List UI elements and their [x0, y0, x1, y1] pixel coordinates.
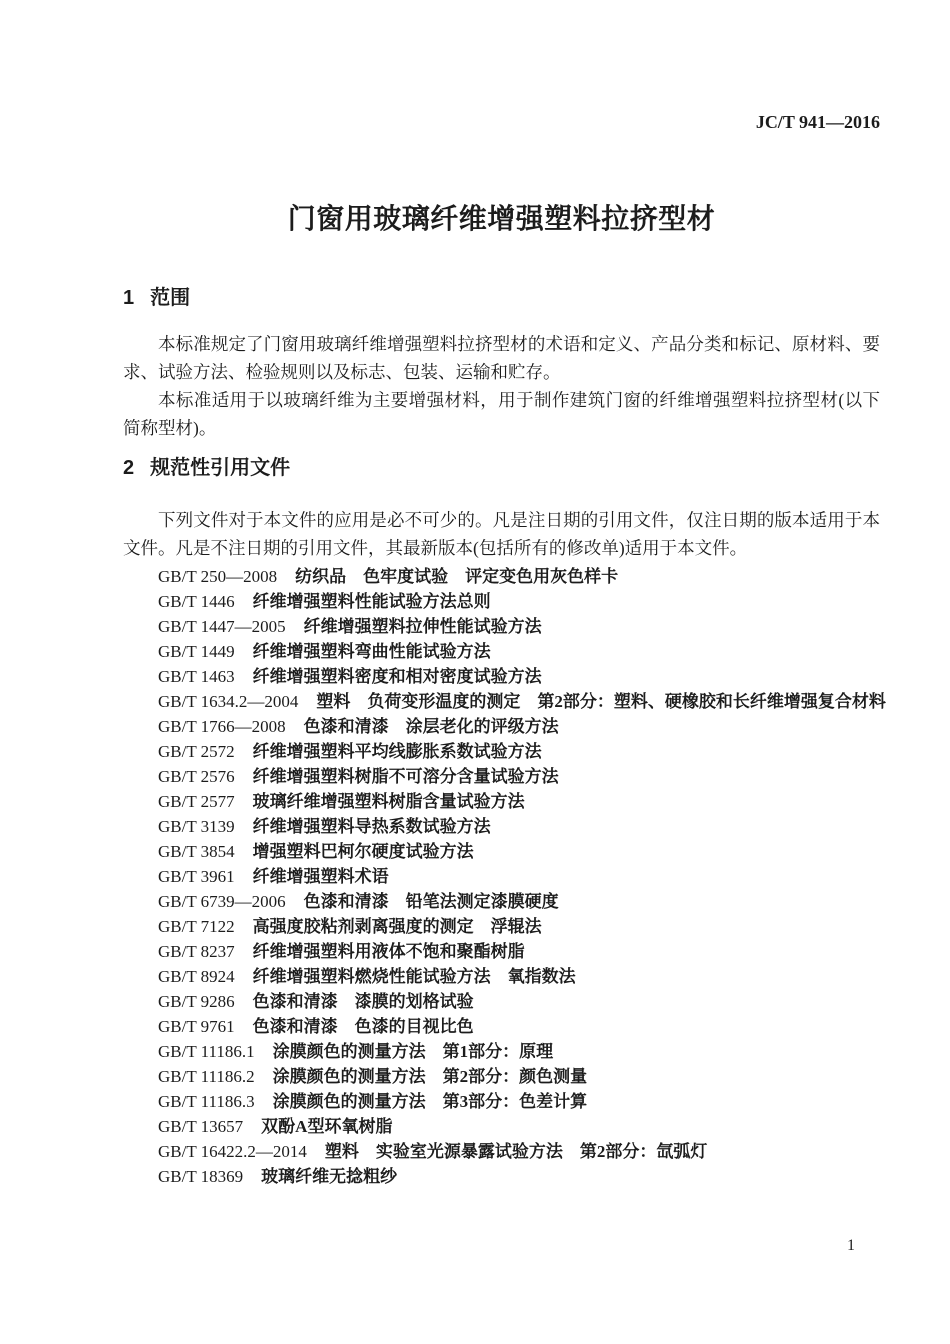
- page-number: 1: [847, 1236, 855, 1256]
- reference-standard-title: 纤维增强塑料燃烧性能试验方法 氧指数法: [253, 967, 576, 986]
- reference-item: GB/T 7122高强度胶粘剂剥离强度的测定 浮辊法: [123, 914, 880, 939]
- reference-standard-code: GB/T 2576: [158, 767, 235, 786]
- reference-item: GB/T 3961纤维增强塑料术语: [123, 864, 880, 889]
- scope-paragraph-2: 本标准适用于以玻璃纤维为主要增强材料，用于制作建筑门窗的纤维增强塑料拉挤型材(以…: [123, 386, 880, 442]
- reference-item: GB/T 2576纤维增强塑料树脂不可溶分含量试验方法: [123, 764, 880, 789]
- reference-standard-title: 纤维增强塑料树脂不可溶分含量试验方法: [253, 767, 559, 786]
- reference-item: GB/T 11186.3涂膜颜色的测量方法 第3部分：色差计算: [123, 1089, 880, 1114]
- reference-standard-title: 纤维增强塑料用液体不饱和聚酯树脂: [253, 942, 525, 961]
- section-1-body: 本标准规定了门窗用玻璃纤维增强塑料拉挤型材的术语和定义、产品分类和标记、原材料、…: [123, 330, 880, 442]
- section-1-number: 1: [123, 286, 134, 310]
- reference-standard-title: 塑料 实验室光源暴露试验方法 第2部分：氙弧灯: [325, 1142, 708, 1161]
- reference-standard-code: GB/T 3854: [158, 842, 235, 861]
- reference-item: GB/T 11186.2涂膜颜色的测量方法 第2部分：颜色测量: [123, 1064, 880, 1089]
- reference-standard-title: 纤维增强塑料导热系数试验方法: [253, 817, 491, 836]
- reference-standard-code: GB/T 7122: [158, 917, 235, 936]
- reference-standard-code: GB/T 6739—2006: [158, 892, 286, 911]
- reference-item: GB/T 2572纤维增强塑料平均线膨胀系数试验方法: [123, 739, 880, 764]
- reference-standard-code: GB/T 250—2008: [158, 567, 277, 586]
- reference-standard-code: GB/T 13657: [158, 1117, 243, 1136]
- reference-standard-title: 涂膜颜色的测量方法 第2部分：颜色测量: [273, 1067, 588, 1086]
- section-2-label: 规范性引用文件: [150, 457, 290, 479]
- reference-item: GB/T 9761色漆和清漆 色漆的目视比色: [123, 1014, 880, 1039]
- reference-standard-title: 色漆和清漆 漆膜的划格试验: [253, 992, 474, 1011]
- reference-item: GB/T 1463纤维增强塑料密度和相对密度试验方法: [123, 664, 880, 689]
- reference-standard-code: GB/T 1766—2008: [158, 717, 286, 736]
- reference-item: GB/T 1449纤维增强塑料弯曲性能试验方法: [123, 639, 880, 664]
- reference-standard-code: GB/T 11186.1: [158, 1042, 255, 1061]
- references-intro-paragraph: 下列文件对于本文件的应用是必不可少的。凡是注日期的引用文件，仅注日期的版本适用于…: [123, 506, 880, 562]
- reference-item: GB/T 8924纤维增强塑料燃烧性能试验方法 氧指数法: [123, 964, 880, 989]
- reference-item: GB/T 1446纤维增强塑料性能试验方法总则: [123, 589, 880, 614]
- reference-standard-title: 纤维增强塑料性能试验方法总则: [253, 592, 491, 611]
- reference-standard-title: 纤维增强塑料拉伸性能试验方法: [304, 617, 542, 636]
- reference-standard-code: GB/T 1449: [158, 642, 235, 661]
- section-2-heading: 2规范性引用文件: [123, 456, 880, 480]
- reference-standard-code: GB/T 9286: [158, 992, 235, 1011]
- reference-item: GB/T 1447—2005纤维增强塑料拉伸性能试验方法: [123, 614, 880, 639]
- reference-standard-title: 涂膜颜色的测量方法 第3部分：色差计算: [273, 1092, 588, 1111]
- reference-standard-title: 纤维增强塑料密度和相对密度试验方法: [253, 667, 542, 686]
- reference-standard-code: GB/T 2577: [158, 792, 235, 811]
- reference-item: GB/T 2577玻璃纤维增强塑料树脂含量试验方法: [123, 789, 880, 814]
- reference-standard-title: 色漆和清漆 涂层老化的评级方法: [304, 717, 559, 736]
- section-1-label: 范围: [150, 287, 190, 309]
- reference-standard-code: GB/T 8924: [158, 967, 235, 986]
- reference-standard-title: 纺织品 色牢度试验 评定变色用灰色样卡: [295, 567, 618, 586]
- reference-item: GB/T 13657双酚A型环氧树脂: [123, 1114, 880, 1139]
- reference-item: GB/T 250—2008纺织品 色牢度试验 评定变色用灰色样卡: [123, 564, 880, 589]
- reference-standard-code: GB/T 18369: [158, 1167, 243, 1186]
- page-content: JC/T 941—2016 门窗用玻璃纤维增强塑料拉挤型材 1范围 本标准规定了…: [0, 0, 950, 1189]
- reference-item: GB/T 6739—2006色漆和清漆 铅笔法测定漆膜硬度: [123, 889, 880, 914]
- reference-standard-code: GB/T 8237: [158, 942, 235, 961]
- reference-standard-code: GB/T 3961: [158, 867, 235, 886]
- reference-standard-code: GB/T 9761: [158, 1017, 235, 1036]
- section-1-heading: 1范围: [123, 286, 880, 310]
- reference-standard-title: 玻璃纤维无捻粗纱: [261, 1167, 397, 1186]
- reference-standard-title: 纤维增强塑料平均线膨胀系数试验方法: [253, 742, 542, 761]
- references-list: GB/T 250—2008纺织品 色牢度试验 评定变色用灰色样卡 GB/T 14…: [123, 564, 880, 1189]
- document-title: 门窗用玻璃纤维增强塑料拉挤型材: [123, 202, 880, 236]
- reference-item: GB/T 9286色漆和清漆 漆膜的划格试验: [123, 989, 880, 1014]
- reference-standard-title: 纤维增强塑料弯曲性能试验方法: [253, 642, 491, 661]
- reference-standard-code: GB/T 1446: [158, 592, 235, 611]
- section-2-number: 2: [123, 456, 134, 480]
- reference-standard-title: 塑料 负荷变形温度的测定 第2部分：塑料、硬橡胶和长纤维增强复合材料: [316, 692, 886, 711]
- reference-standard-title: 纤维增强塑料术语: [253, 867, 389, 886]
- reference-standard-code: GB/T 11186.2: [158, 1067, 255, 1086]
- reference-standard-title: 玻璃纤维增强塑料树脂含量试验方法: [253, 792, 525, 811]
- reference-standard-code: GB/T 1447—2005: [158, 617, 286, 636]
- reference-standard-code: GB/T 3139: [158, 817, 235, 836]
- reference-item: GB/T 1766—2008色漆和清漆 涂层老化的评级方法: [123, 714, 880, 739]
- reference-standard-code: GB/T 1634.2—2004: [158, 692, 298, 711]
- reference-standard-title: 双酚A型环氧树脂: [261, 1117, 392, 1136]
- reference-standard-title: 增强塑料巴柯尔硬度试验方法: [253, 842, 474, 861]
- reference-item: GB/T 8237纤维增强塑料用液体不饱和聚酯树脂: [123, 939, 880, 964]
- reference-standard-title: 色漆和清漆 色漆的目视比色: [253, 1017, 474, 1036]
- reference-standard-code: GB/T 11186.3: [158, 1092, 255, 1111]
- document-page: { "page": { "header_code": "JC/T 941—201…: [0, 0, 950, 1344]
- reference-standard-code: GB/T 16422.2—2014: [158, 1142, 307, 1161]
- reference-item: GB/T 3139纤维增强塑料导热系数试验方法: [123, 814, 880, 839]
- reference-standard-code: GB/T 1463: [158, 667, 235, 686]
- reference-item: GB/T 16422.2—2014塑料 实验室光源暴露试验方法 第2部分：氙弧灯: [123, 1139, 880, 1164]
- reference-item: GB/T 3854增强塑料巴柯尔硬度试验方法: [123, 839, 880, 864]
- reference-standard-title: 高强度胶粘剂剥离强度的测定 浮辊法: [253, 917, 542, 936]
- reference-standard-title: 涂膜颜色的测量方法 第1部分：原理: [273, 1042, 554, 1061]
- standard-code-header: JC/T 941—2016: [123, 0, 880, 134]
- reference-standard-title: 色漆和清漆 铅笔法测定漆膜硬度: [304, 892, 559, 911]
- reference-item: GB/T 18369玻璃纤维无捻粗纱: [123, 1164, 880, 1189]
- reference-standard-code: GB/T 2572: [158, 742, 235, 761]
- reference-item: GB/T 11186.1涂膜颜色的测量方法 第1部分：原理: [123, 1039, 880, 1064]
- reference-item: GB/T 1634.2—2004塑料 负荷变形温度的测定 第2部分：塑料、硬橡胶…: [123, 689, 880, 714]
- scope-paragraph-1: 本标准规定了门窗用玻璃纤维增强塑料拉挤型材的术语和定义、产品分类和标记、原材料、…: [123, 330, 880, 386]
